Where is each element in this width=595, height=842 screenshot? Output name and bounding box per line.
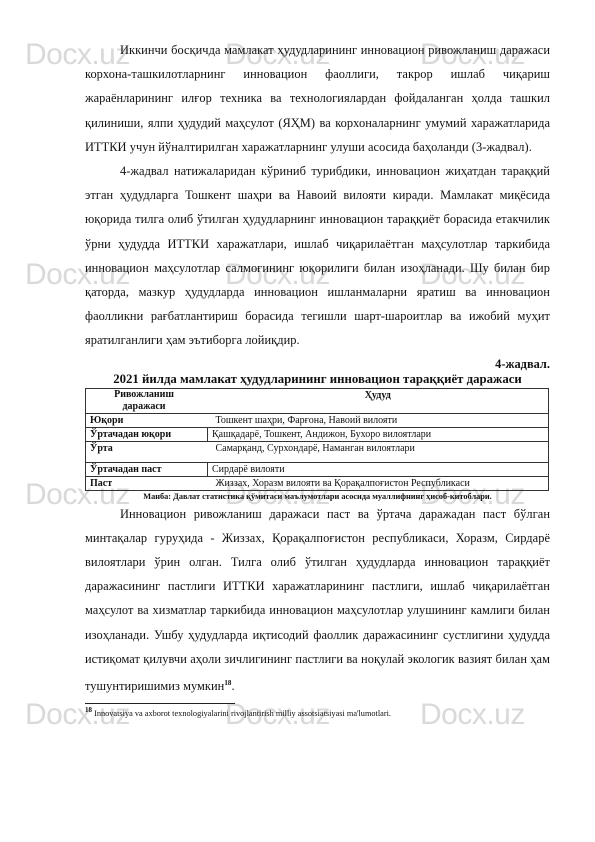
table-header-row: Ривожланиш даражаси Ҳудуд (86, 388, 549, 413)
table-number: 4-жадвал. (85, 356, 550, 372)
paragraph-1: Иккинчи босқичда мамлакат ҳудудларининг … (85, 38, 550, 159)
level-cell: Ўртачадан юқори (86, 427, 208, 441)
paragraph-3: Инновацион ривожланиш даражаси паст ва ў… (85, 502, 550, 699)
footnote: 18 Innovatsiya va axborot texnologiyalar… (85, 705, 550, 719)
table-row: Ўртачадан юқори Қашқадарё, Тошкент, Анди… (86, 427, 549, 441)
header-level: Ривожланиш даражаси (86, 388, 208, 413)
level-cell: Паст (86, 476, 208, 490)
region-cell: Самарқанд, Сурхондарё, Наманган вилоятла… (208, 441, 549, 462)
header-region: Ҳудуд (208, 388, 549, 413)
table-row: Ўрта Самарқанд, Сурхондарё, Наманган вил… (86, 441, 549, 462)
footnote-number: 18 (85, 706, 92, 714)
level-cell: Ўртачадан паст (86, 462, 208, 476)
paragraph-2: 4-жадвал натижаларидан кўриниб турибдики… (85, 159, 550, 353)
region-cell: Сирдарё вилояти (208, 462, 549, 476)
region-cell: Жиззах, Хоразм вилояти ва Қорақалпоғисто… (208, 476, 549, 490)
table-row: Ўртачадан паст Сирдарё вилояти (86, 462, 549, 476)
level-cell: Юқори (86, 413, 208, 427)
footnote-text: Innovatsiya va axborot texnologiyalarini… (94, 709, 391, 718)
footnote-separator (85, 703, 235, 704)
table-source: Манба: Давлат статистика қўмитаси маълум… (85, 492, 550, 502)
table-title: 2021 йилда мамлакат ҳудудларининг иннова… (85, 372, 550, 387)
region-cell: Тошкент шаҳри, Фарғона, Навоий вилояти (208, 413, 549, 427)
table-row: Паст Жиззах, Хоразм вилояти ва Қорақалпо… (86, 476, 549, 490)
document-page: Иккинчи босқичда мамлакат ҳудудларининг … (85, 38, 550, 719)
level-cell: Ўрта (86, 441, 208, 462)
table-row: Юқори Тошкент шаҳри, Фарғона, Навоий вил… (86, 413, 549, 427)
region-cell: Қашқадарё, Тошкент, Андижон, Бухоро вило… (208, 427, 549, 441)
innovation-level-table: Ривожланиш даражаси Ҳудуд Юқори Тошкент … (85, 388, 549, 491)
